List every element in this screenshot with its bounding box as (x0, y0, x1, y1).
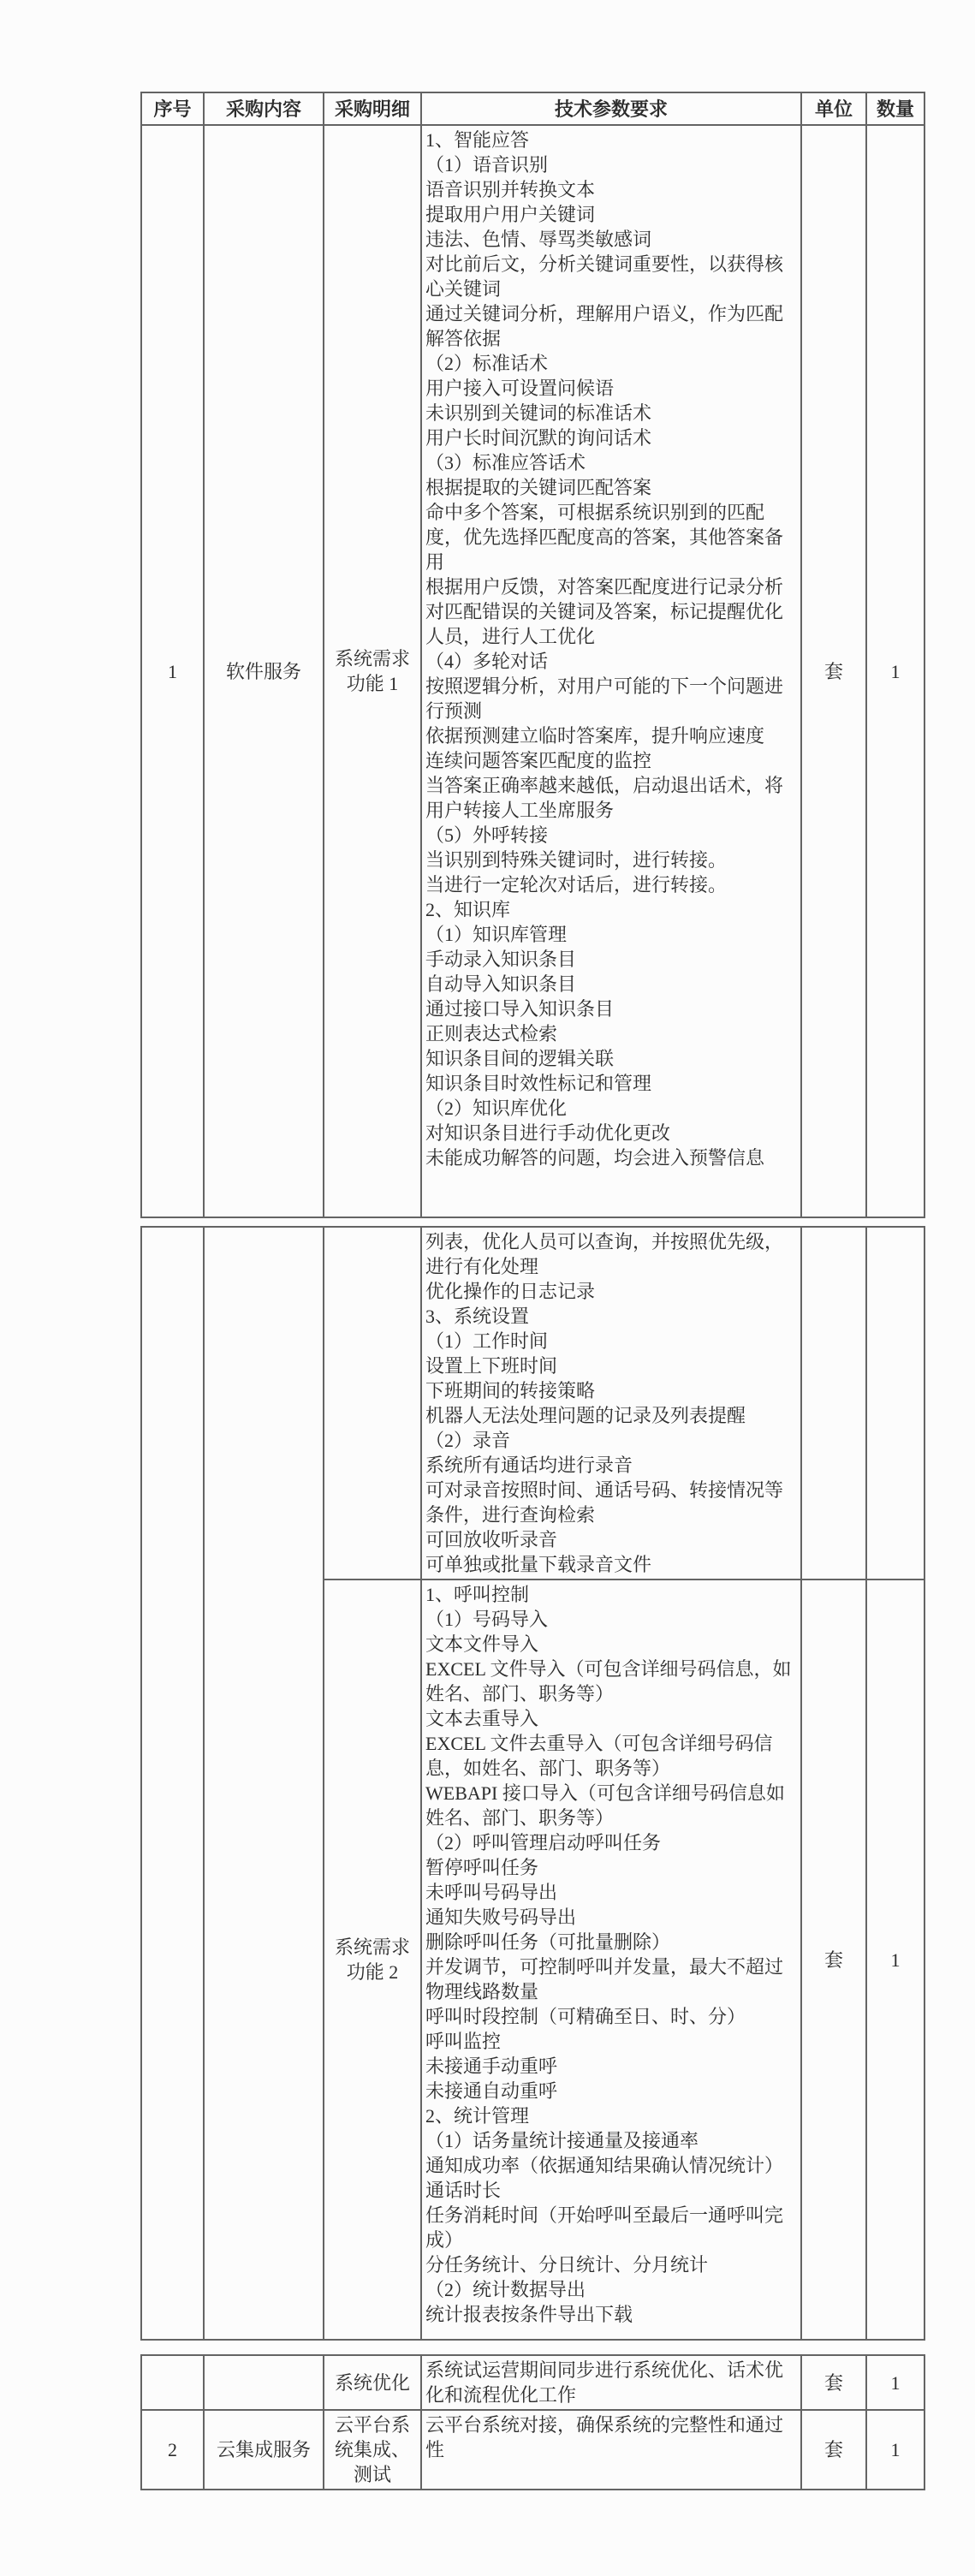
row1cont-detail-empty (324, 1227, 421, 1580)
row2-unit: 套 (801, 1580, 866, 2340)
table-row: 2 云集成服务 云平台系 统集成、 测试 云平台系统对接，确保系统的完整性和通过… (141, 2410, 924, 2490)
row4-content: 云集成服务 (204, 2410, 324, 2490)
row1-content: 软件服务 (204, 125, 324, 1217)
row2-specs: 1、呼叫控制 （1）号码导入 文本文件导入 EXCEL 文件导入（可包含详细号码… (421, 1580, 801, 2340)
row1-seq: 1 (141, 125, 204, 1217)
header-cell-seq: 序号 (141, 92, 204, 125)
row3-qty: 1 (866, 2355, 924, 2410)
row4-seq: 2 (141, 2410, 204, 2490)
scanned-document-page: 序号 采购内容 采购明细 技术参数要求 单位 数量 1 软件服务 系统需求 功能… (0, 0, 975, 2576)
row4-qty: 1 (866, 2410, 924, 2490)
row1-specs: 1、智能应答 （1）语音识别 语音识别并转换文本 提取用户用户关键词 违法、色情… (421, 125, 801, 1217)
row2-detail: 系统需求 功能 2 (324, 1580, 421, 2340)
procurement-table-part1: 序号 采购内容 采购明细 技术参数要求 单位 数量 1 软件服务 系统需求 功能… (140, 92, 925, 1218)
header-cell-detail: 采购明细 (324, 92, 421, 125)
row1-unit: 套 (801, 125, 866, 1217)
procurement-table-part2: 列表，优化人员可以查询，并按照优先级，进行有化处理 优化操作的日志记录 3、系统… (140, 1226, 925, 2341)
row1cont-specs: 列表，优化人员可以查询，并按照优先级，进行有化处理 优化操作的日志记录 3、系统… (421, 1227, 801, 1580)
row2-qty: 1 (866, 1580, 924, 2340)
row4-specs: 云平台系统对接，确保系统的完整性和通过性 (421, 2410, 801, 2490)
row1cont-content-empty (204, 1227, 324, 2340)
row3-unit: 套 (801, 2355, 866, 2410)
header-row: 序号 采购内容 采购明细 技术参数要求 单位 数量 (141, 92, 924, 125)
table-row: 1 软件服务 系统需求 功能 1 1、智能应答 （1）语音识别 语音识别并转换文… (141, 125, 924, 1217)
table-row: 列表，优化人员可以查询，并按照优先级，进行有化处理 优化操作的日志记录 3、系统… (141, 1227, 924, 1580)
row1-qty: 1 (866, 125, 924, 1217)
header-cell-specs: 技术参数要求 (421, 92, 801, 125)
row4-detail: 云平台系 统集成、 测试 (324, 2410, 421, 2490)
row3-detail: 系统优化 (324, 2355, 421, 2410)
row3-specs: 系统试运营期间同步进行系统优化、话术优化和流程优化工作 (421, 2355, 801, 2410)
row1cont-unit-empty (801, 1227, 866, 1580)
header-cell-content: 采购内容 (204, 92, 324, 125)
header-cell-unit: 单位 (801, 92, 866, 125)
table-row: 系统优化 系统试运营期间同步进行系统优化、话术优化和流程优化工作 套 1 (141, 2355, 924, 2410)
row3-content-empty (204, 2355, 324, 2410)
procurement-table-part3: 系统优化 系统试运营期间同步进行系统优化、话术优化和流程优化工作 套 1 2 云… (140, 2354, 925, 2490)
row3-seq-empty (141, 2355, 204, 2410)
header-cell-qty: 数量 (866, 92, 924, 125)
row1cont-qty-empty (866, 1227, 924, 1580)
row4-unit: 套 (801, 2410, 866, 2490)
row1-detail: 系统需求 功能 1 (324, 125, 421, 1217)
row1cont-seq-empty (141, 1227, 204, 2340)
